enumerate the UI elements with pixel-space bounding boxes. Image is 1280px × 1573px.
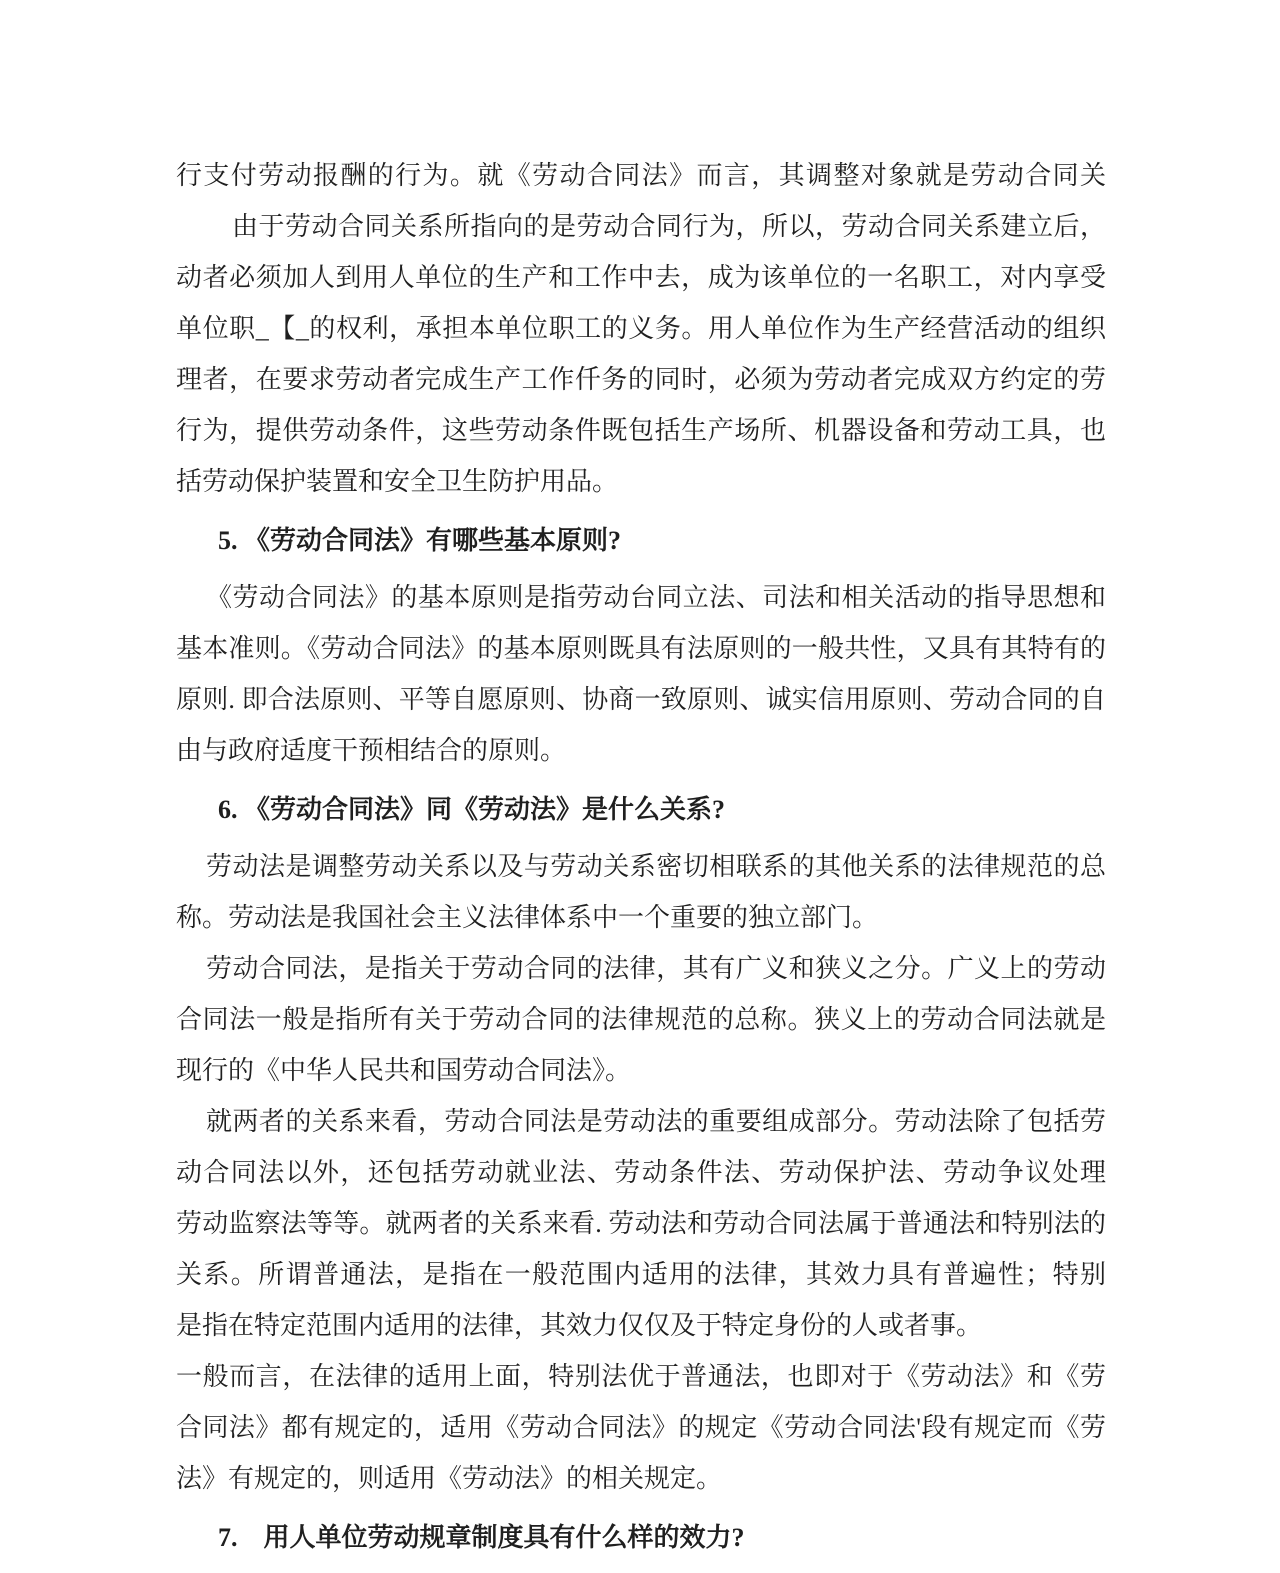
text-line: 就两者的关系来看，劳动合同法是劳动法的重要组成部分。劳动法除了包括劳 [176, 1096, 1106, 1147]
text-line: 合同法》都有规定的，适用《劳动合同法》的规定《劳动合同法'段有规定而《劳动 [176, 1402, 1106, 1453]
text-line: 合同法一般是指所有关于劳动合同的法律规范的总称。狭义上的劳动合同法就是指 [176, 994, 1106, 1045]
text-line: 称。劳动法是我国社会主义法律体系中一个重要的独立部门。 [176, 892, 1106, 943]
text-line: 括劳动保护装置和安全卫生防护用品。 [176, 456, 1106, 507]
section-heading-question-7: 7. 用人单位劳动规章制度具有什么样的效力? [176, 1512, 1106, 1563]
text-line: 一般而言，在法律的适用上面，特别法优于普通法，也即对于《劳动法》和《劳动 [176, 1351, 1106, 1402]
text-line: 劳动合同法，是指关于劳动合同的法律，其有广义和狭义之分。广义上的劳动 [176, 943, 1106, 994]
text-line: 行支付劳动报酬的行为。就《劳动合同法》而言，其调整对象就是劳动合同关系。 [176, 150, 1106, 201]
text-line: 动合同法以外，还包括劳动就业法、劳动条件法、劳动保护法、劳动争议处理法、 [176, 1147, 1106, 1198]
text-column: 行支付劳动报酬的行为。就《劳动合同法》而言，其调整对象就是劳动合同关系。 由于劳… [0, 0, 1280, 1563]
text-line: 是指在特定范围内适用的法律，其效力仅仅及于特定身份的人或者事。 [176, 1300, 1106, 1351]
text-line: 由于劳动合同关系所指向的是劳动合同行为，所以，劳动合同关系建立后，劳 [176, 201, 1106, 252]
section-heading-question-6: 6. 《劳动合同法》同《劳动法》是什么关系? [176, 784, 1106, 835]
text-line: 原则. 即合法原则、平等自愿原则、协商一致原则、诚实信用原则、劳动合同的自 [176, 674, 1106, 725]
text-line: 《劳动合同法》的基本原则是指劳动台同立法、司法和相关活动的指导思想和 [176, 572, 1106, 623]
text-line: 基本准则。《劳动合同法》的基本原则既具有法原则的一般共性，又具有其特有的 [176, 623, 1106, 674]
text-line: 由与政府适度干预相结合的原则。 [176, 725, 1106, 776]
text-line: 关系。所谓普通法，是指在一般范围内适用的法律，其效力具有普遍性；特别法， [176, 1249, 1106, 1300]
text-line: 劳动监察法等等。就两者的关系来看. 劳动法和劳动合同法属于普通法和特别法的 [176, 1198, 1106, 1249]
document-page: 行支付劳动报酬的行为。就《劳动合同法》而言，其调整对象就是劳动合同关系。 由于劳… [0, 0, 1280, 1573]
text-line: 理者，在要求劳动者完成生产工作仟务的同时，必须为劳动者完成双方约定的劳动 [176, 354, 1106, 405]
text-line: 劳动法是调整劳动关系以及与劳动关系密切相联系的其他关系的法律规范的总 [176, 841, 1106, 892]
text-line: 单位职_【_的权利，承担本单位职工的义务。用人单位作为生产经营活动的组织管 [176, 303, 1106, 354]
section-heading-question-5: 5. 《劳动合同法》有哪些基本原则? [176, 515, 1106, 566]
text-line: 动者必须加人到用人单位的生产和工作中去，成为该单位的一名职工，对内享受本 [176, 252, 1106, 303]
text-line: 法》有规定的，则适用《劳动法》的相关规定。 [176, 1453, 1106, 1504]
text-line: 行为，提供劳动条件，这些劳动条件既包括生产场所、机器设备和劳动工具，也包 [176, 405, 1106, 456]
text-line: 现行的《中华人民共和国劳动合同法》。 [176, 1045, 1106, 1096]
